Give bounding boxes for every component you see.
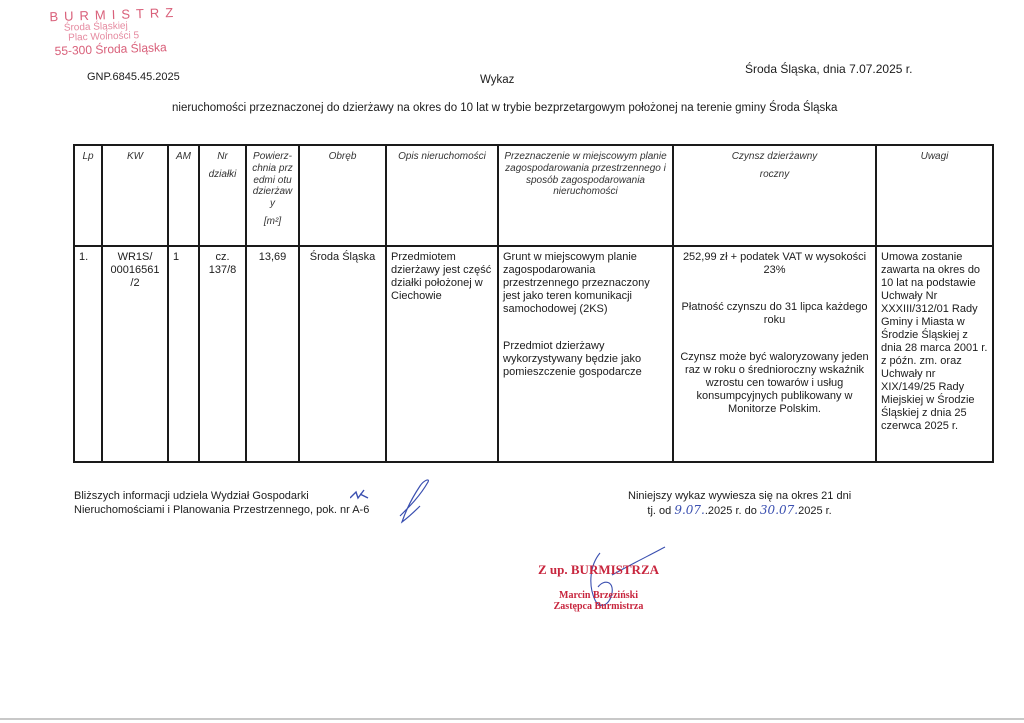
notice-line-1: Niniejszy wykaz wywiesza się na okres 21… bbox=[628, 489, 851, 503]
col-obreb: Obręb bbox=[299, 145, 386, 246]
czynsz-indexation: Czynsz może być waloryzowany jeden raz w… bbox=[678, 351, 871, 416]
przeznaczenie-use: Przedmiot dzierżawy wykorzystywany będzi… bbox=[503, 340, 668, 379]
col-nr-dzialki: Nr działki bbox=[199, 145, 246, 246]
property-table: Lp KW AM Nr działki Powierz-chnia przedm… bbox=[73, 144, 994, 463]
document-title: Wykaz bbox=[480, 74, 514, 86]
contact-info: Bliższych informacji udziela Wydział Gos… bbox=[74, 489, 369, 518]
info-line-2: Nieruchomościami i Planowania Przestrzen… bbox=[74, 503, 369, 517]
spacer bbox=[678, 277, 871, 301]
col-area-text: Powierz-chnia przedmi otu dzierżaw y bbox=[251, 151, 294, 210]
cell-uwagi: Umowa zostanie zawarta na okres do 10 la… bbox=[876, 246, 993, 462]
col-area-unit: [m²] bbox=[251, 216, 294, 228]
col-opis: Opis nieruchomości bbox=[386, 145, 498, 246]
cell-obreb: Środa Śląska bbox=[299, 246, 386, 462]
col-am: AM bbox=[168, 145, 199, 246]
cell-nr-dzialki: cz. 137/8 bbox=[199, 246, 246, 462]
przeznaczenie-plan: Grunt w miejscowym planie zagospodarowan… bbox=[503, 251, 668, 316]
notice-mid: .2025 r. do bbox=[705, 505, 760, 517]
notice-suffix: 2025 r. bbox=[798, 505, 832, 517]
col-lp: Lp bbox=[74, 145, 102, 246]
notice-line-2: tj. od 9.07..2025 r. do 30.07.2025 r. bbox=[628, 503, 851, 519]
czynsz-payment: Płatność czynszu do 31 lipca każdego rok… bbox=[678, 301, 871, 327]
czynsz-amount: 252,99 zł + podatek VAT w wysokości 23% bbox=[678, 251, 871, 277]
cell-lp: 1. bbox=[74, 246, 102, 462]
page-bottom-edge bbox=[0, 718, 1024, 720]
notice-from-prefix: tj. od bbox=[647, 505, 674, 517]
table-row: 1. WR1S/ 00016561 /2 1 cz. 137/8 13,69 Ś… bbox=[74, 246, 993, 462]
col-przeznaczenie: Przeznaczenie w miejscowym planie zagosp… bbox=[498, 145, 673, 246]
notice-to-date: 30.07. bbox=[760, 503, 798, 517]
col-uwagi: Uwagi bbox=[876, 145, 993, 246]
col-nr-line1: Nr bbox=[204, 151, 241, 163]
col-powierzchnia: Powierz-chnia przedmi otu dzierżaw y [m²… bbox=[246, 145, 299, 246]
col-kw: KW bbox=[102, 145, 168, 246]
signatory-role: Zastępca Burmistrza bbox=[538, 601, 659, 612]
spacer bbox=[503, 316, 668, 340]
document-subtitle: nieruchomości przeznaczonej do dzierżawy… bbox=[172, 102, 837, 114]
cell-opis: Przedmiotem dzierżawy jest część działki… bbox=[386, 246, 498, 462]
notice-from-date: 9.07. bbox=[674, 503, 705, 517]
col-czynsz: Czynsz dzierżawny roczny bbox=[673, 145, 876, 246]
cell-powierzchnia: 13,69 bbox=[246, 246, 299, 462]
cell-kw: WR1S/ 00016561 /2 bbox=[102, 246, 168, 462]
col-czynsz-line1: Czynsz dzierżawny bbox=[678, 151, 871, 163]
signature-block: Z up. BURMISTRZA Marcin Brzeziński Zastę… bbox=[538, 562, 659, 612]
signature-authority: Z up. BURMISTRZA bbox=[538, 562, 659, 578]
signatory-name: Marcin Brzeziński bbox=[538, 590, 659, 601]
stamp-postal: 55-300 Środa Śląska bbox=[50, 40, 180, 57]
col-nr-line2: działki bbox=[204, 169, 241, 181]
cell-czynsz: 252,99 zł + podatek VAT w wysokości 23% … bbox=[673, 246, 876, 462]
handwritten-initials-icon bbox=[350, 476, 440, 526]
office-stamp: BURMISTRZ Środa Śląskiej Plac Wolności 5… bbox=[49, 6, 180, 58]
reference-number: GNP.6845.45.2025 bbox=[87, 71, 180, 83]
table-header-row: Lp KW AM Nr działki Powierz-chnia przedm… bbox=[74, 145, 993, 246]
col-czynsz-line2: roczny bbox=[678, 169, 871, 181]
cell-przeznaczenie: Grunt w miejscowym planie zagospodarowan… bbox=[498, 246, 673, 462]
spacer bbox=[678, 327, 871, 351]
place-date: Środa Śląska, dnia 7.07.2025 r. bbox=[745, 62, 912, 76]
cell-am: 1 bbox=[168, 246, 199, 462]
posting-notice: Niniejszy wykaz wywiesza się na okres 21… bbox=[628, 489, 851, 519]
info-line-1: Bliższych informacji udziela Wydział Gos… bbox=[74, 489, 369, 503]
